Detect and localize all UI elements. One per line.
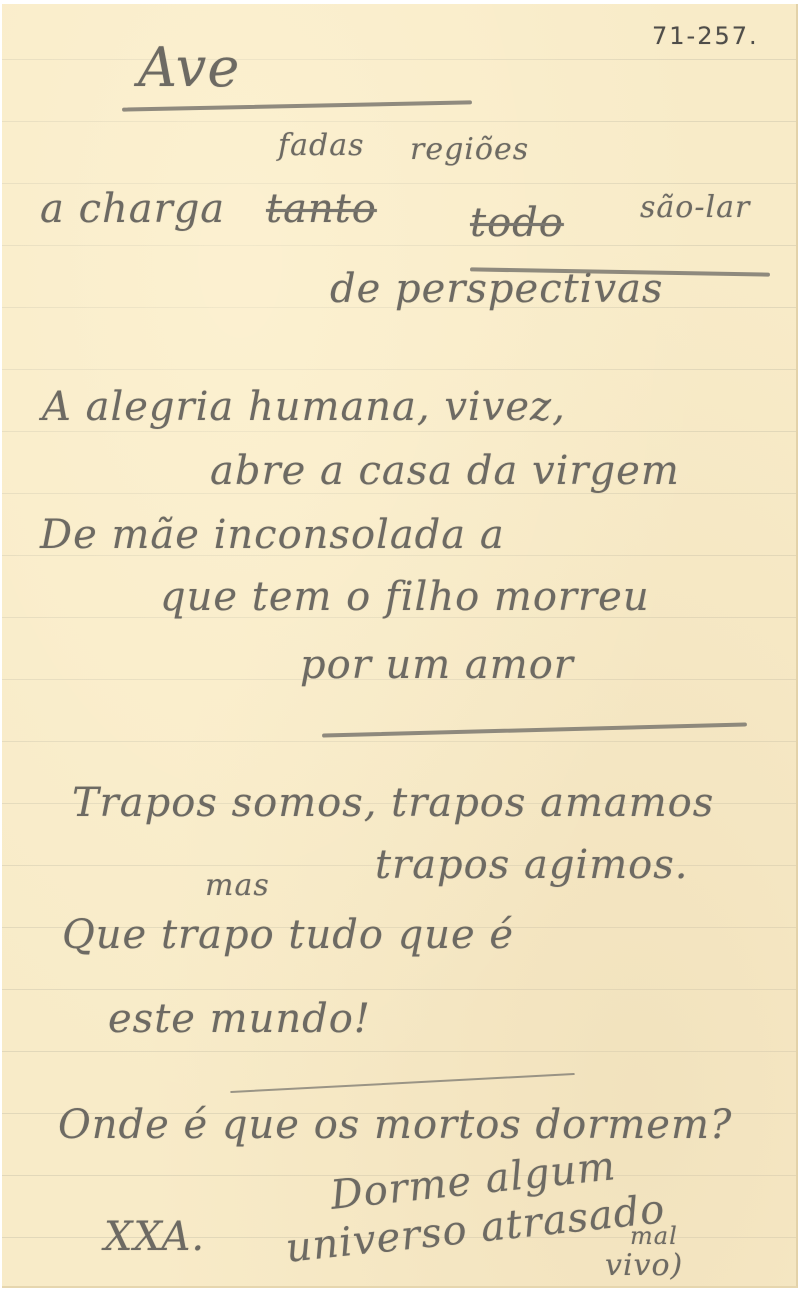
line-1-end: são-lar — [640, 190, 750, 225]
stanza-3-line-3: Que trapo tudo que é — [62, 912, 514, 958]
stanza-2-line-5: por um amor — [300, 642, 574, 688]
line-insertion-fadas: fadas — [278, 128, 364, 163]
stanza-2-line-3: De mãe inconsolada a — [40, 512, 505, 558]
manuscript-page: 71-257. Ave fadas regiões a charga tanto… — [0, 0, 800, 1289]
crossed-word-1: tanto — [266, 186, 377, 232]
poem-title: Ave — [138, 36, 240, 99]
stanza-2-line-1: A alegria humana, vivez, — [42, 384, 566, 430]
archive-reference: 71-257. — [652, 22, 759, 50]
final-line-1: Onde é que os mortos dormem? — [58, 1102, 732, 1148]
final-line-5: vivo) — [605, 1248, 683, 1283]
stanza-2-line-2: abre a casa da virgem — [210, 448, 680, 494]
line-1-start: a charga — [40, 186, 225, 232]
stanza-3-line-2: trapos agimos. — [375, 842, 688, 888]
stanza-3-line-4: este mundo! — [108, 996, 371, 1042]
marginal-mark: XXA. — [104, 1214, 205, 1260]
stanza-3-line-1: Trapos somos, trapos amamos — [72, 780, 714, 826]
line-interlinear-regioes: regiões — [410, 132, 529, 167]
stanza-3-line-2-start: mas — [205, 868, 270, 903]
final-line-4: mal — [630, 1222, 678, 1250]
crossed-word-2: todo — [470, 200, 564, 246]
stanza-2-line-4: que tem o filho morreu — [160, 574, 650, 620]
